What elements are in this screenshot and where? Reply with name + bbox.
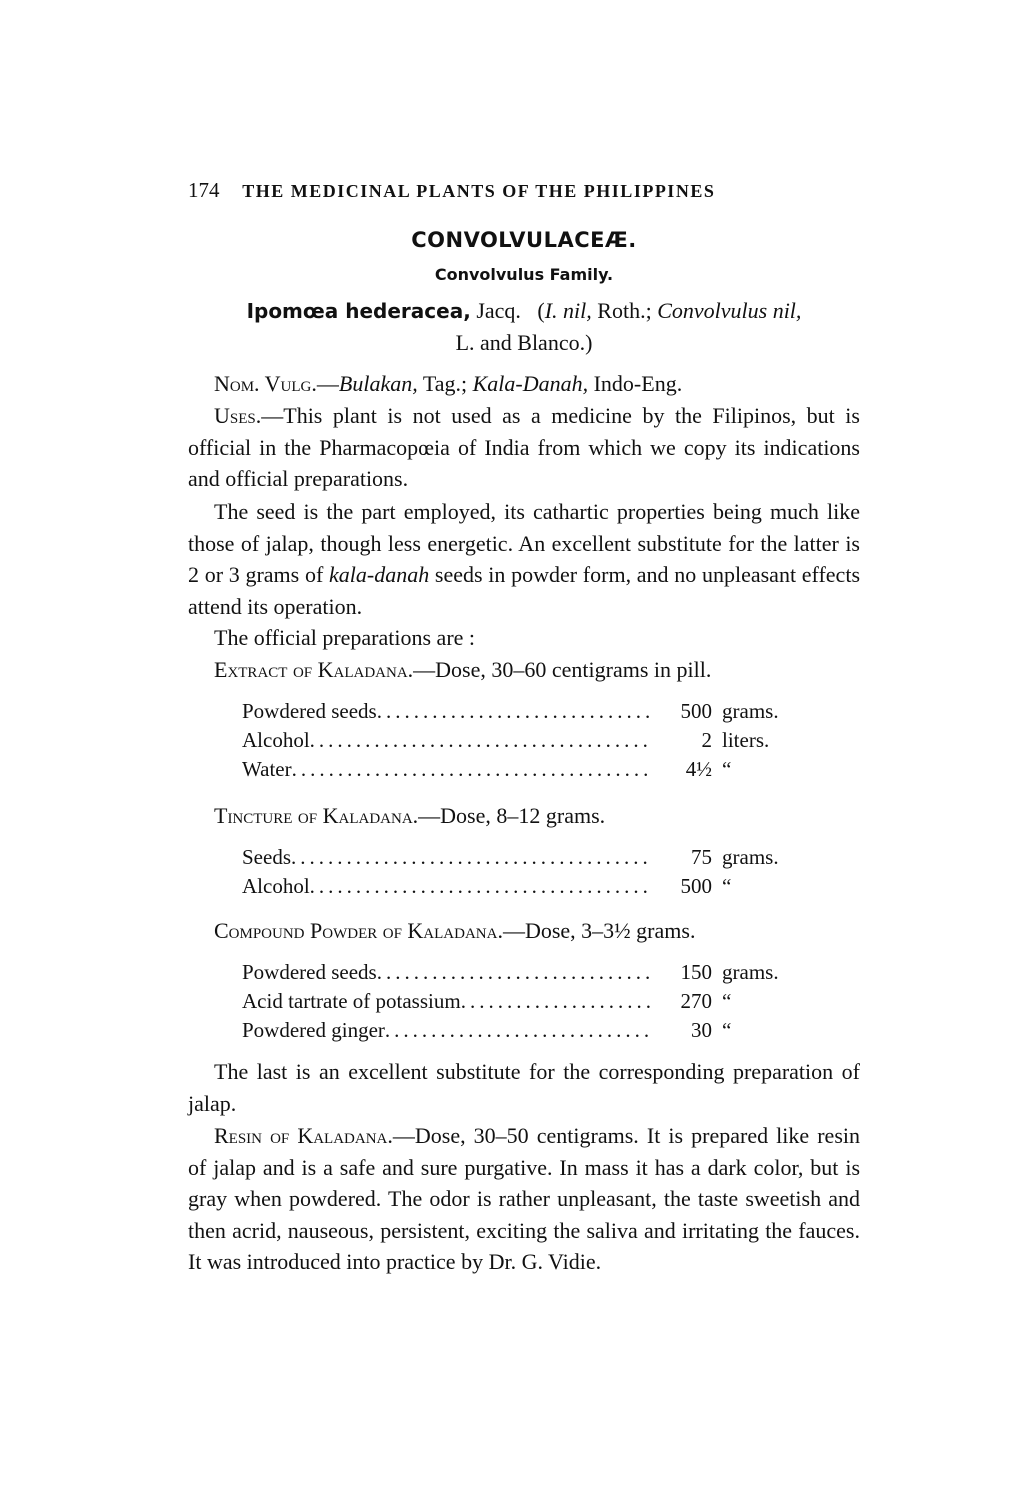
ingredient-unit: “ [712, 987, 802, 1016]
nom-vulg-paragraph: Nom. Vulg.—Bulakan, Tag.; Kala-Danah, In… [188, 368, 860, 400]
preparations-intro: The official preparations are : [188, 622, 860, 654]
dash: — [317, 371, 339, 396]
uses-label: Uses. [214, 403, 261, 428]
leader-dots [291, 843, 652, 872]
preparation-heading-compound-powder: Compound Powder of Kaladana.—Dose, 3–3½ … [214, 915, 860, 946]
nom-vulg-label: Nom. Vulg. [214, 371, 317, 396]
ingredient-qty: 30 [652, 1016, 712, 1045]
ingredient-unit: grams. [712, 843, 802, 872]
ingredient-qty: 270 [652, 987, 712, 1016]
ingredient-qty: 500 [652, 872, 712, 901]
ingredient-unit: “ [712, 755, 802, 784]
preparation-dose: —Dose, 3–3½ grams. [503, 918, 695, 943]
leader-dots [377, 958, 652, 987]
recipe-row: Seeds75grams. [242, 843, 802, 872]
leader-dots [310, 726, 652, 755]
ingredient-unit: grams. [712, 958, 802, 987]
recipe-extract: Powdered seeds500grams. Alcohol2liters. … [242, 697, 802, 784]
recipe-row: Alcohol2liters. [242, 726, 802, 755]
species-author: Jacq. [471, 298, 521, 323]
synonym-1-author: Roth.; [592, 298, 657, 323]
ingredient-name: Powdered ginger [242, 1016, 385, 1045]
ingredient-unit: liters. [712, 726, 802, 755]
leader-dots [461, 987, 652, 1016]
resin-title: Resin of Kaladana. [214, 1123, 393, 1148]
vernacular-name-1: Bulakan, [339, 371, 418, 396]
paren-open: ( [537, 298, 544, 323]
preparation-heading-tincture: Tincture of Kaladana.—Dose, 8–12 grams. [214, 800, 860, 831]
preparation-title: Compound Powder of Kaladana. [214, 918, 503, 943]
synonym-2: Convolvulus nil, [657, 298, 801, 323]
ingredient-name: Water [242, 755, 292, 784]
ingredient-qty: 75 [652, 843, 712, 872]
ingredient-qty: 4½ [652, 755, 712, 784]
ingredient-qty: 2 [652, 726, 712, 755]
running-title: THE MEDICINAL PLANTS OF THE PHILIPPINES [242, 181, 715, 201]
running-header: 174 THE MEDICINAL PLANTS OF THE PHILIPPI… [188, 178, 860, 203]
ingredient-name: Seeds [242, 843, 291, 872]
preparation-dose: —Dose, 8–12 grams. [418, 803, 605, 828]
seed-italic: kala-danah [329, 562, 429, 587]
vernacular-name-2: Kala-Danah, [473, 371, 589, 396]
leader-dots [310, 872, 652, 901]
family-common-name: Convolvulus Family. [188, 265, 860, 284]
ingredient-qty: 500 [652, 697, 712, 726]
seed-paragraph: The seed is the part employed, its catha… [188, 496, 860, 622]
leader-dots [292, 755, 652, 784]
recipe-row: Alcohol500“ [242, 872, 802, 901]
recipe-row: Acid tartrate of potassium270“ [242, 987, 802, 1016]
preparation-title: Tincture of Kaladana. [214, 803, 418, 828]
ingredient-name: Powdered seeds [242, 697, 377, 726]
uses-paragraph: Uses.—This plant is not used as a medici… [188, 400, 860, 495]
species-scientific-name: Ipomœa hederacea, [247, 299, 471, 323]
recipe-compound-powder: Powdered seeds150grams. Acid tartrate of… [242, 958, 802, 1045]
ingredient-name: Alcohol [242, 872, 310, 901]
recipe-row: Powdered seeds150grams. [242, 958, 802, 987]
species-heading: Ipomœa hederacea, Jacq. (I. nil, Roth.; … [188, 295, 860, 358]
leader-dots [377, 697, 652, 726]
family-heading: CONVOLVULACEÆ. [188, 228, 860, 252]
recipe-row: Powdered ginger30“ [242, 1016, 802, 1045]
ingredient-unit: grams. [712, 697, 802, 726]
leader-dots [385, 1016, 652, 1045]
preparation-heading-extract: Extract of Kaladana.—Dose, 30–60 centigr… [214, 654, 860, 685]
language-2: Indo-Eng. [588, 371, 682, 396]
ingredient-name: Alcohol [242, 726, 310, 755]
uses-text: —This plant is not used as a medicine by… [188, 403, 860, 491]
recipe-row: Powdered seeds500grams. [242, 697, 802, 726]
preparation-title: Extract of Kaladana. [214, 657, 413, 682]
resin-paragraph: Resin of Kaladana.—Dose, 30–50 centigram… [188, 1120, 860, 1278]
synonym-2-author: L. and Blanco.) [456, 330, 593, 355]
synonym-1: I. nil, [545, 298, 592, 323]
page-number: 174 [188, 178, 220, 202]
last-note-paragraph: The last is an excellent substitute for … [188, 1056, 860, 1119]
language-1: Tag.; [418, 371, 473, 396]
ingredient-unit: “ [712, 872, 802, 901]
ingredient-name: Powdered seeds [242, 958, 377, 987]
ingredient-name: Acid tartrate of potassium [242, 987, 461, 1016]
preparation-dose: —Dose, 30–60 centigrams in pill. [413, 657, 711, 682]
recipe-row: Water4½“ [242, 755, 802, 784]
ingredient-unit: “ [712, 1016, 802, 1045]
recipe-tincture: Seeds75grams. Alcohol500“ [242, 843, 802, 901]
ingredient-qty: 150 [652, 958, 712, 987]
